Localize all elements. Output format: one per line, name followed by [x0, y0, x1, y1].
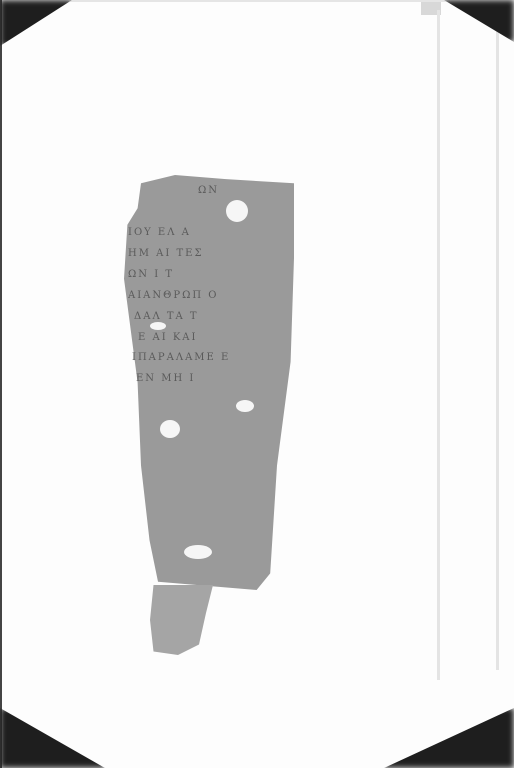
photo-frame: ΩΝ ΙΟΥ ΕΛ Α ΗΜ ΑΙ ΤΕΣ ΩΝ Ι Τ ΑΙΑΝΘΡΩΠ Ο … — [0, 0, 514, 768]
glass-edge-line — [437, 10, 440, 680]
vignette-corner — [0, 708, 105, 768]
text-line: ΔΑΛ ΤΑ Τ — [134, 311, 294, 322]
vignette-corner — [0, 0, 72, 46]
text-line: ΕΝ ΜΗ Ι — [136, 373, 296, 384]
glass-edge-line — [496, 30, 499, 670]
text-line: ΙΟΥ ΕΛ Α — [128, 227, 288, 238]
text-line: ΩΝ — [198, 185, 358, 196]
text-line: Ε ΑΙ ΚΑΙ — [138, 332, 298, 343]
text-line: ΩΝ Ι Τ — [128, 269, 288, 280]
left-edge — [0, 0, 2, 768]
vignette-corner — [384, 708, 514, 768]
text-line: ΗΜ ΑΙ ΤΕΣ — [128, 248, 288, 259]
text-line: ΑΙΑΝΘΡΩΠ Ο — [128, 290, 288, 301]
greek-text-block: ΩΝ ΙΟΥ ΕΛ Α ΗΜ ΑΙ ΤΕΣ ΩΝ Ι Τ ΑΙΑΝΘΡΩΠ Ο … — [128, 180, 288, 580]
text-line: ΙΠΑΡΑΛΑΜΕ Ε — [132, 352, 292, 363]
top-edge — [70, 0, 450, 2]
papyrus-fragment-tail — [150, 585, 220, 655]
vignette-corner — [444, 0, 514, 42]
